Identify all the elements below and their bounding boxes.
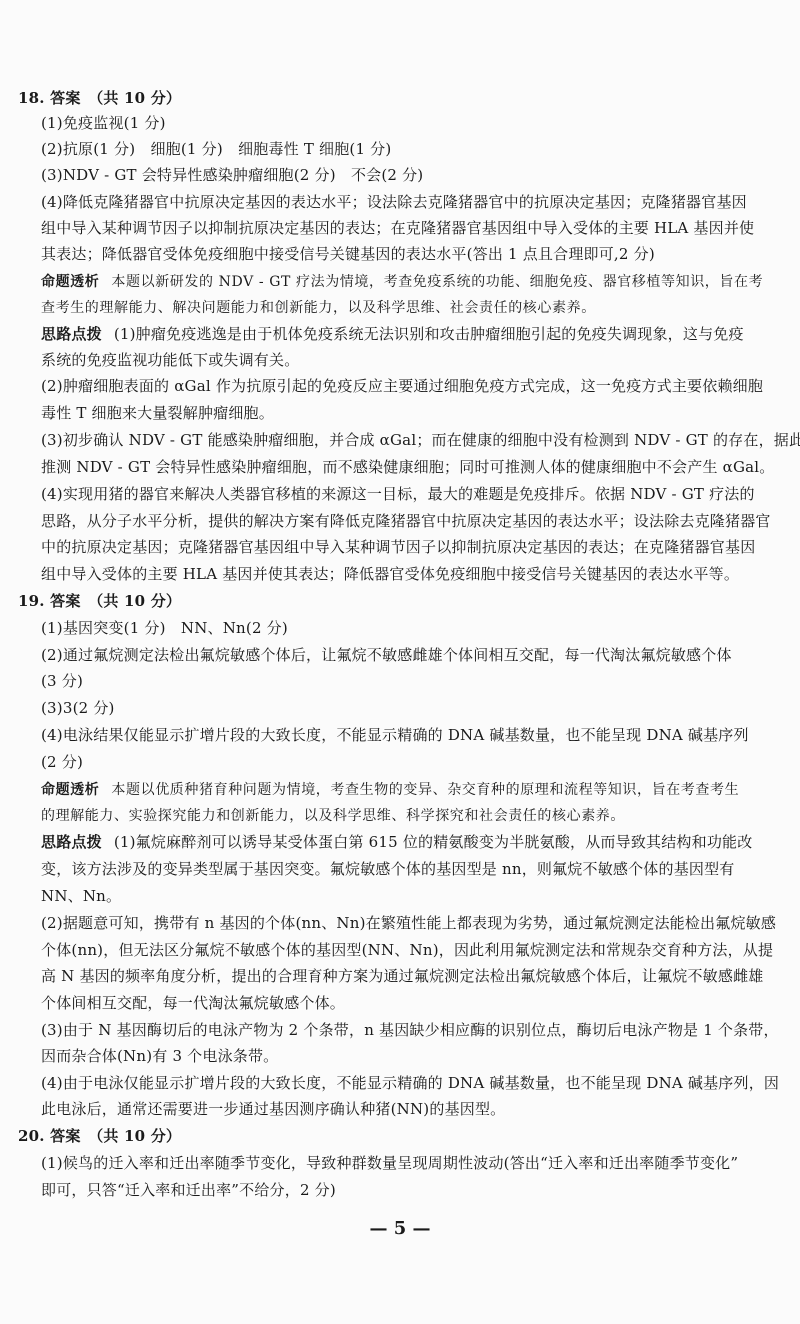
q19-answer-4-line2: (2 分)	[41, 752, 83, 772]
q18-hint-3-line2: 推测 NDV - GT 会特异性感染肿瘤细胞，而不感染健康细胞；同时可推测人体的…	[41, 457, 774, 477]
q19-answer-2-line1: (2)通过氟烷测定法检出氟烷敏感个体后，让氟烷不敏感雌雄个体间相互交配，每一代淘…	[41, 645, 732, 665]
answer-page: 18. 答案 （共 10 分） (1)免疫监视(1 分) (2)抗原(1 分) …	[0, 0, 800, 1324]
q18-hint-1-text: (1)肿瘤免疫逃逸是由于机体免疫系统无法识别和攻击肿瘤细胞引起的免疫失调现象，这…	[114, 325, 744, 343]
q19-answer-1: (1)基因突变(1 分) NN、Nn(2 分)	[41, 618, 288, 638]
q18-intent-label: 命题透析	[41, 274, 99, 290]
q19-hint-1-line2: 变，该方法涉及的变异类型属于基因突变。氟烷敏感个体的基因型是 nn，则氟烷不敏感…	[41, 859, 735, 879]
q19-intent-text: 本题以优质种猪育种问题为情境，考查生物的变异、杂交育种的原理和流程等知识，旨在考…	[111, 782, 739, 798]
q18-hint-label: 思路点拨	[41, 325, 102, 343]
q19-answer-4-line1: (4)电泳结果仅能显示扩增片段的大致长度，不能显示精确的 DNA 碱基数量，也不…	[41, 725, 749, 745]
q19-hint-2-line3: 高 N 基因的频率角度分析，提出的合理育种方案为通过氟烷测定法检出氟烷敏感个体后…	[41, 966, 763, 986]
q18-answer-4-line3: 其表达；降低器官受体免疫细胞中接受信号关键基因的表达水平(答出 1 点且合理即可…	[41, 244, 655, 264]
q20-answer-1-line2: 即可，只答“迁入率和迁出率”不给分，2 分)	[41, 1180, 336, 1200]
q18-hint-2-line2: 毒性 T 细胞来大量裂解肿瘤细胞。	[41, 403, 274, 423]
q19-hint-2-line1: (2)据题意可知，携带有 n 基因的个体(nn、Nn)在繁殖性能上都表现为劣势，…	[41, 913, 776, 933]
q19-hint-4-line2: 此电泳后，通常还需要进一步通过基因测序确认种猪(NN)的基因型。	[41, 1099, 505, 1119]
q19-intent-label: 命题透析	[41, 782, 99, 798]
q20-answer-1-line1: (1)候鸟的迁入率和迁出率随季节变化，导致种群数量呈现周期性波动(答出“迁入率和…	[41, 1153, 738, 1173]
q19-hint-3-line1: (3)由于 N 基因酶切后的电泳产物为 2 个条带，n 基因缺少相应酶的识别位点…	[41, 1020, 779, 1040]
q18-answer-4-line1: (4)降低克隆猪器官中抗原决定基因的表达水平；设法除去克隆猪器官中的抗原决定基因…	[41, 192, 747, 212]
q18-hint-line1: 思路点拨(1)肿瘤免疫逃逸是由于机体免疫系统无法识别和攻击肿瘤细胞引起的免疫失调…	[41, 324, 744, 344]
q18-answer-4-line2: 组中导入某种调节因子以抑制抗原决定基因的表达；在克隆猪器官基因组中导入受体的主要…	[41, 218, 754, 238]
q19-answer-2-line2: (3 分)	[41, 671, 83, 691]
q19-heading: 19. 答案 （共 10 分）	[18, 591, 181, 611]
q18-hint-3-line1: (3)初步确认 NDV - GT 能感染肿瘤细胞，并合成 αGal；而在健康的细…	[41, 430, 800, 450]
q18-intent-text: 本题以新研发的 NDV - GT 疗法为情境，考查免疫系统的功能、细胞免疫、器官…	[111, 274, 763, 290]
q19-intent-line1: 命题透析本题以优质种猪育种问题为情境，考查生物的变异、杂交育种的原理和流程等知识…	[41, 780, 739, 800]
q18-answer-2: (2)抗原(1 分) 细胞(1 分) 细胞毒性 T 细胞(1 分)	[41, 139, 391, 159]
q20-heading: 20. 答案 （共 10 分）	[18, 1126, 181, 1146]
q19-hint-2-line4: 个体间相互交配，每一代淘汰氟烷敏感个体。	[41, 993, 345, 1013]
q19-hint-4-line1: (4)由于电泳仅能显示扩增片段的大致长度，不能显示精确的 DNA 碱基数量，也不…	[41, 1073, 779, 1093]
q18-hint-4-line3: 中的抗原决定基因；克隆猪器官基因组中导入某种调节因子以抑制抗原决定基因的表达；在…	[41, 537, 755, 557]
q18-intent-line2: 查考生的理解能力、解决问题能力和创新能力，以及科学思维、社会责任的核心素养。	[41, 298, 596, 318]
q18-intent-line1: 命题透析本题以新研发的 NDV - GT 疗法为情境，考查免疫系统的功能、细胞免…	[41, 272, 763, 292]
q18-hint-1-line2: 系统的免疫监视功能低下或失调有关。	[41, 350, 299, 370]
q19-hint-2-line2: 个体(nn)，但无法区分氟烷不敏感个体的基因型(NN、Nn)，因此利用氟烷测定法…	[41, 940, 773, 960]
q18-answer-1: (1)免疫监视(1 分)	[41, 113, 166, 133]
q18-answer-3: (3)NDV - GT 会特异性感染肿瘤细胞(2 分) 不会(2 分)	[41, 165, 423, 185]
q18-hint-4-line2: 思路，从分子水平分析，提供的解决方案有降低克隆猪器官中抗原决定基因的表达水平；设…	[41, 511, 771, 531]
q18-hint-4-line4: 组中导入受体的主要 HLA 基因并使其表达；降低器官受体免疫细胞中接受信号关键基…	[41, 564, 739, 584]
q18-heading: 18. 答案 （共 10 分）	[18, 88, 181, 108]
q19-hint-1-line3: NN、Nn。	[41, 886, 121, 906]
q19-hint-label: 思路点拨	[41, 833, 102, 851]
page-number: — 5 —	[0, 1218, 800, 1239]
q19-hint-1-text: (1)氟烷麻醉剂可以诱导某受体蛋白第 615 位的精氨酸变为半胱氨酸，从而导致其…	[114, 833, 753, 851]
q18-hint-4-line1: (4)实现用猪的器官来解决人类器官移植的来源这一目标，最大的难题是免疫排斥。依据…	[41, 484, 755, 504]
q19-answer-3: (3)3(2 分)	[41, 698, 115, 718]
q19-hint-line1: 思路点拨(1)氟烷麻醉剂可以诱导某受体蛋白第 615 位的精氨酸变为半胱氨酸，从…	[41, 832, 752, 852]
q18-hint-2-line1: (2)肿瘤细胞表面的 αGal 作为抗原引起的免疫反应主要通过细胞免疫方式完成，…	[41, 376, 763, 396]
q19-hint-3-line2: 因而杂合体(Nn)有 3 个电泳条带。	[41, 1046, 278, 1066]
q19-intent-line2: 的理解能力、实验探究能力和创新能力，以及科学思维、科学探究和社会责任的核心素养。	[41, 806, 625, 826]
